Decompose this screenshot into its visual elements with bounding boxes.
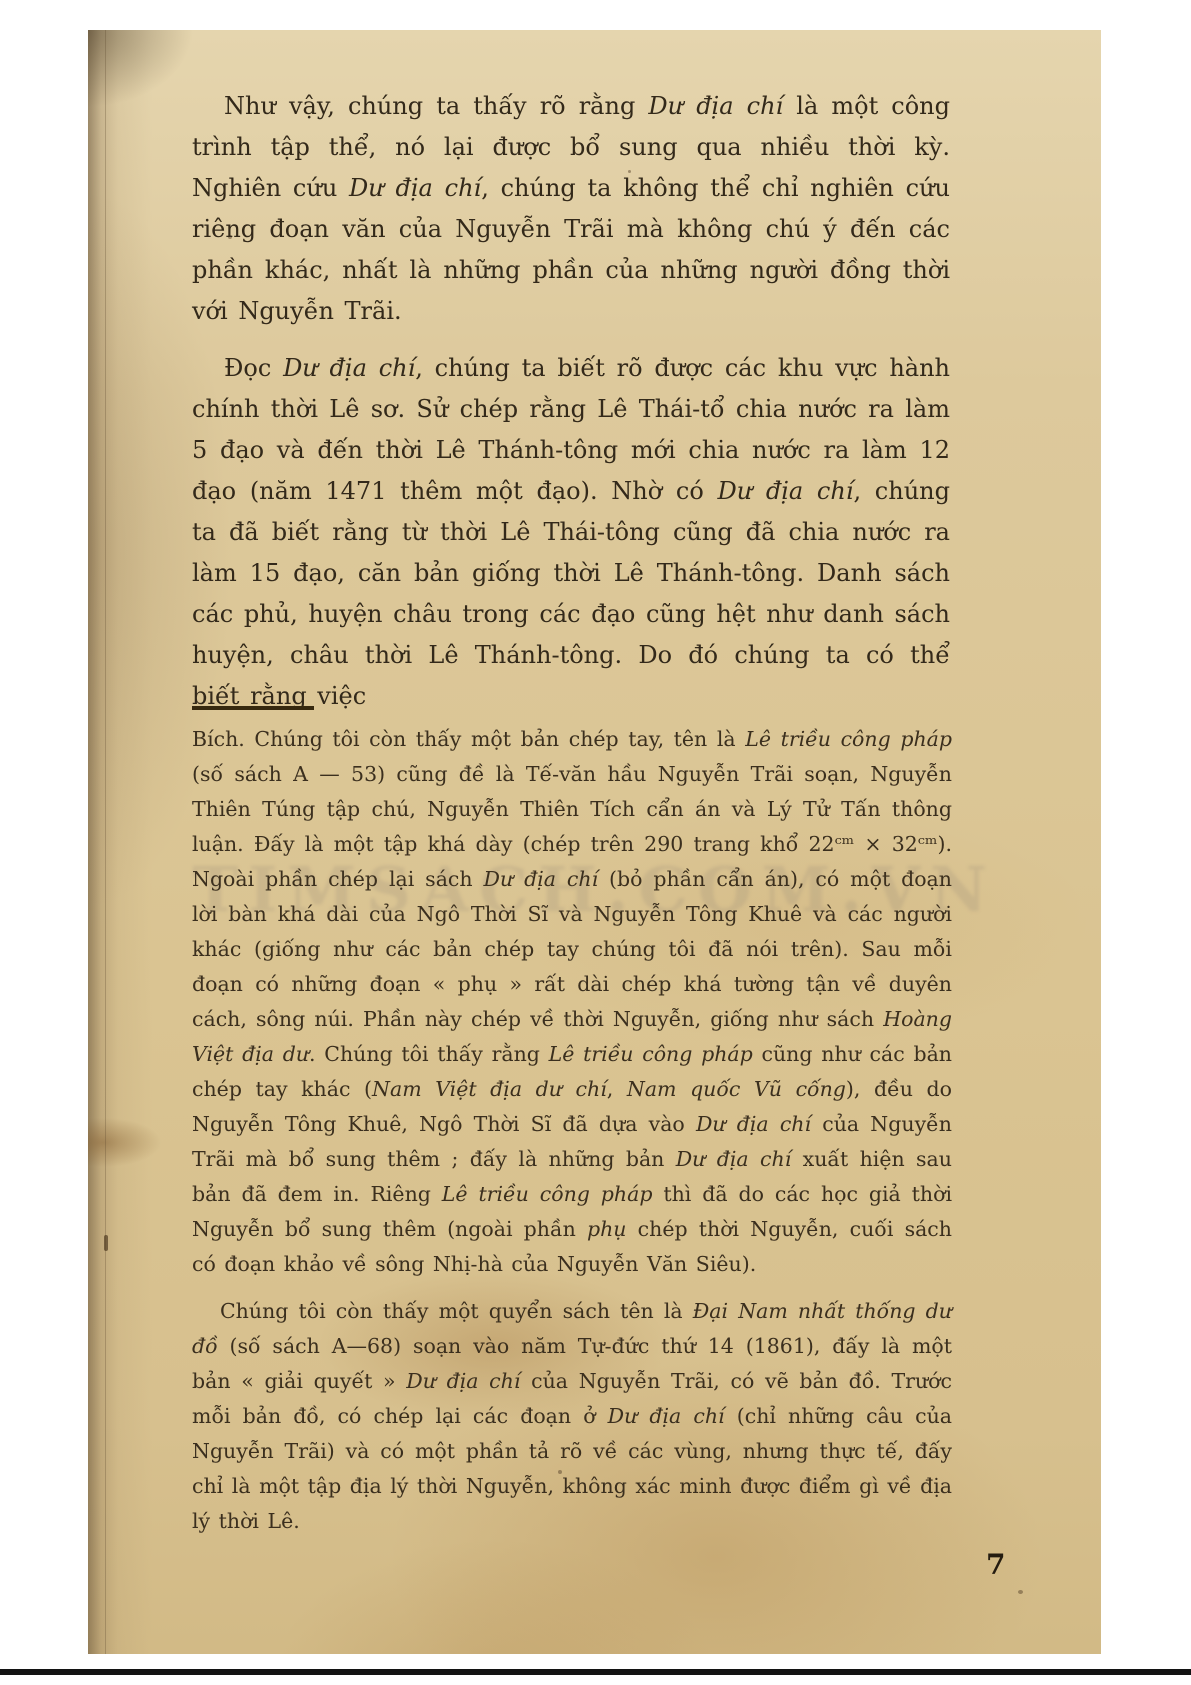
footnote-block: Bích. Chúng tôi còn thấy một bản chép ta… (192, 722, 952, 1539)
paragraph: Đọc Dư địa chí, chúng ta biết rõ được cá… (192, 348, 950, 717)
scan-canvas: TIMSACH.COM.VN Như vậy, chúng ta thấy rõ… (0, 0, 1191, 1685)
book-page: TIMSACH.COM.VN Như vậy, chúng ta thấy rõ… (88, 30, 1101, 1654)
bottom-scan-bar (0, 1669, 1191, 1675)
footnote-paragraph: Bích. Chúng tôi còn thấy một bản chép ta… (192, 722, 952, 1282)
binding-crease (105, 30, 106, 1654)
page-number: 7 (986, 1548, 1046, 1581)
footnote-separator-rule (192, 706, 314, 710)
page-edge-mark (104, 1235, 108, 1251)
paragraph: Như vậy, chúng ta thấy rõ rằng Dư địa ch… (192, 86, 950, 332)
paper-speck (1018, 1590, 1023, 1594)
footnote-paragraph: Chúng tôi còn thấy một quyển sách tên là… (192, 1294, 952, 1539)
main-text-block: Như vậy, chúng ta thấy rõ rằng Dư địa ch… (192, 86, 950, 717)
